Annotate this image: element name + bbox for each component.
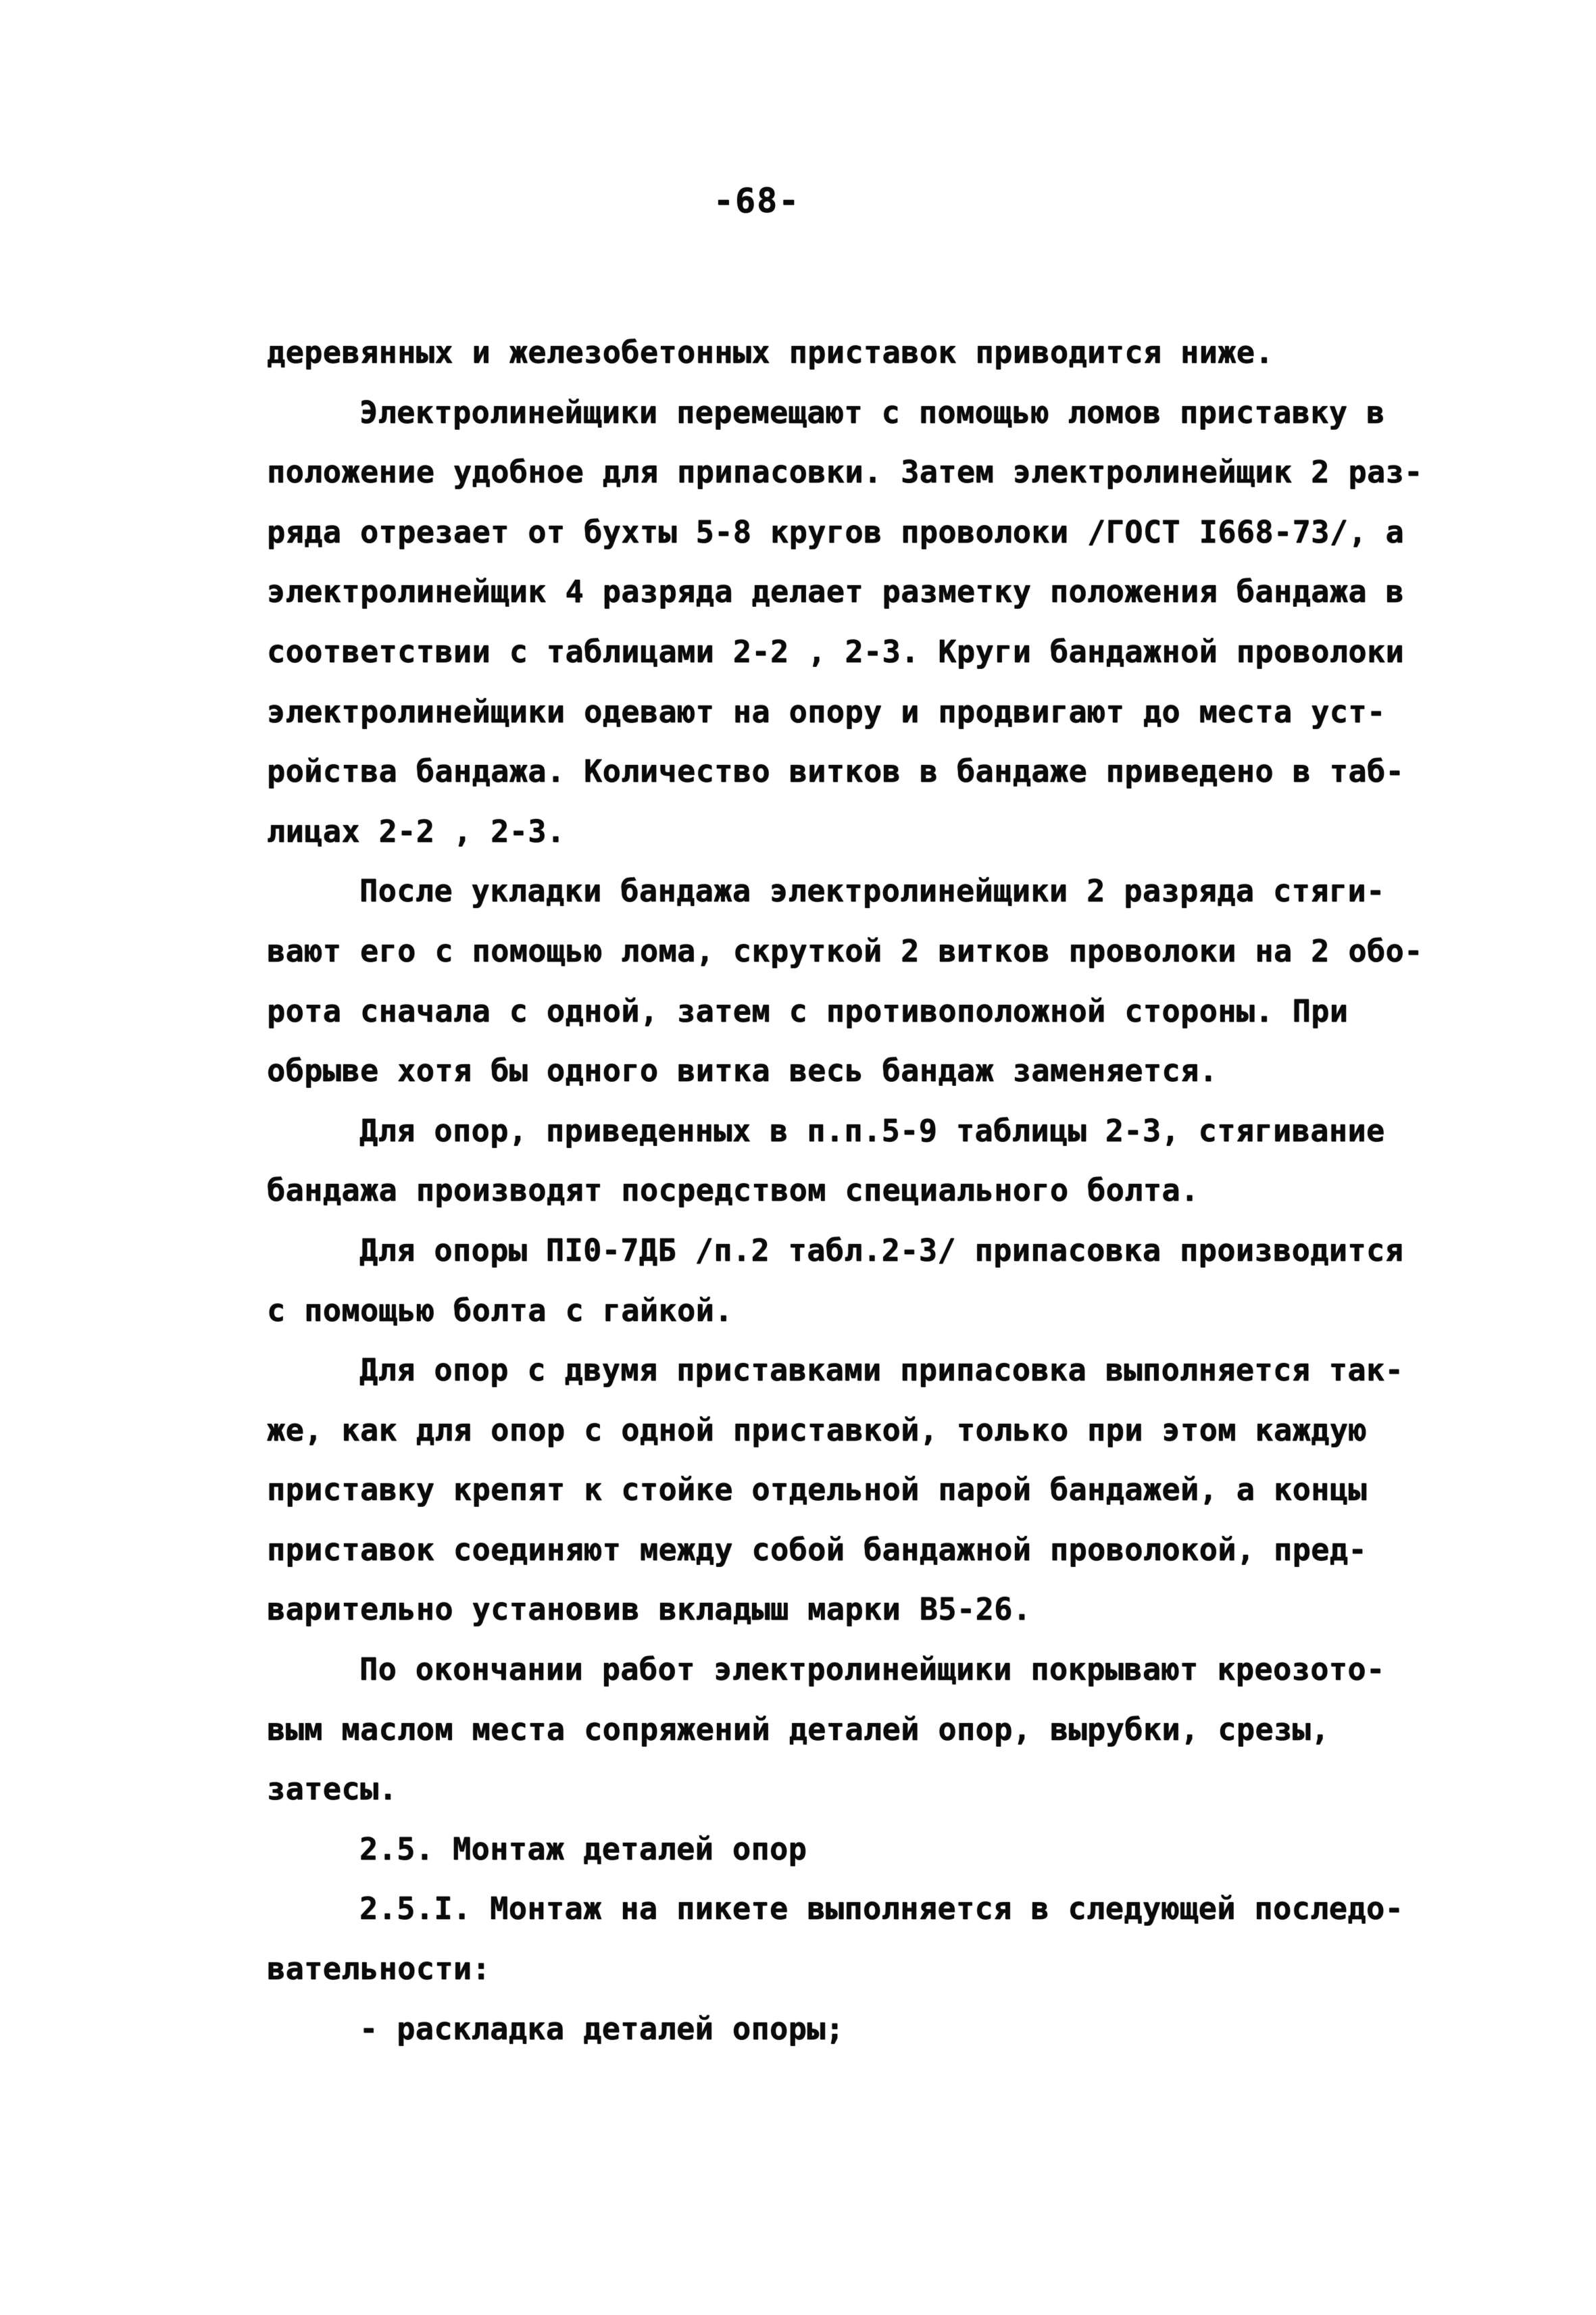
document-text-block: деревянных и железобетонных приставок пр… [267,323,1456,2059]
text-line: После укладки бандажа электролинейщики 2… [267,862,1456,922]
text-line: электролинейщики одевают на опору и прод… [267,682,1456,743]
text-line: затесы. [267,1760,1456,1820]
text-line: Для опор, приведенных в п.п.5-9 таблицы … [267,1101,1456,1162]
text-line: вают его с помощью лома, скруткой 2 витк… [267,922,1456,982]
scanned-document-page: -68- деревянных и железобетонных пристав… [0,0,1596,2315]
text-line: вательности: [267,1939,1456,1999]
text-line: бандажа производят посредством специальн… [267,1161,1456,1221]
text-line: варительно установив вкладыш марки В5-26… [267,1580,1456,1640]
text-line: деревянных и железобетонных приставок пр… [267,323,1456,383]
text-line: лицах 2-2 , 2-3. [267,802,1456,862]
text-line: соответствии с таблицами 2-2 , 2-3. Круг… [267,622,1456,682]
text-line: обрыве хотя бы одного витка весь бандаж … [267,1041,1456,1101]
text-line: По окончании работ электролинейщики покр… [267,1640,1456,1700]
text-line: ряда отрезает от бухты 5-8 кругов провол… [267,503,1456,563]
text-line: - раскладка деталей опоры; [267,1999,1456,2060]
text-line: рота сначала с одной, затем с противопол… [267,982,1456,1042]
text-line: вым маслом места сопряжений деталей опор… [267,1700,1456,1760]
text-line: приставку крепят к стойке отдельной паро… [267,1460,1456,1520]
text-line: 2.5. Монтаж деталей опор [267,1820,1456,1880]
page-number: -68- [689,181,824,220]
text-line: с помощью болта с гайкой. [267,1281,1456,1341]
text-line: Для опор с двумя приставками припасовка … [267,1341,1456,1401]
text-line: положение удобное для припасовки. Затем … [267,443,1456,503]
text-line: 2.5.I. Монтаж на пикете выполняется в сл… [267,1879,1456,1939]
text-line: Электролинейщики перемещают с помощью ло… [267,383,1456,443]
text-line: ройства бандажа. Количество витков в бан… [267,742,1456,802]
text-line: же, как для опор с одной приставкой, тол… [267,1401,1456,1461]
text-line: Для опоры ПI0-7ДБ /п.2 табл.2-3/ припасо… [267,1221,1456,1281]
text-line: приставок соединяют между собой бандажно… [267,1520,1456,1580]
text-line: электролинейщик 4 разряда делает разметк… [267,562,1456,622]
